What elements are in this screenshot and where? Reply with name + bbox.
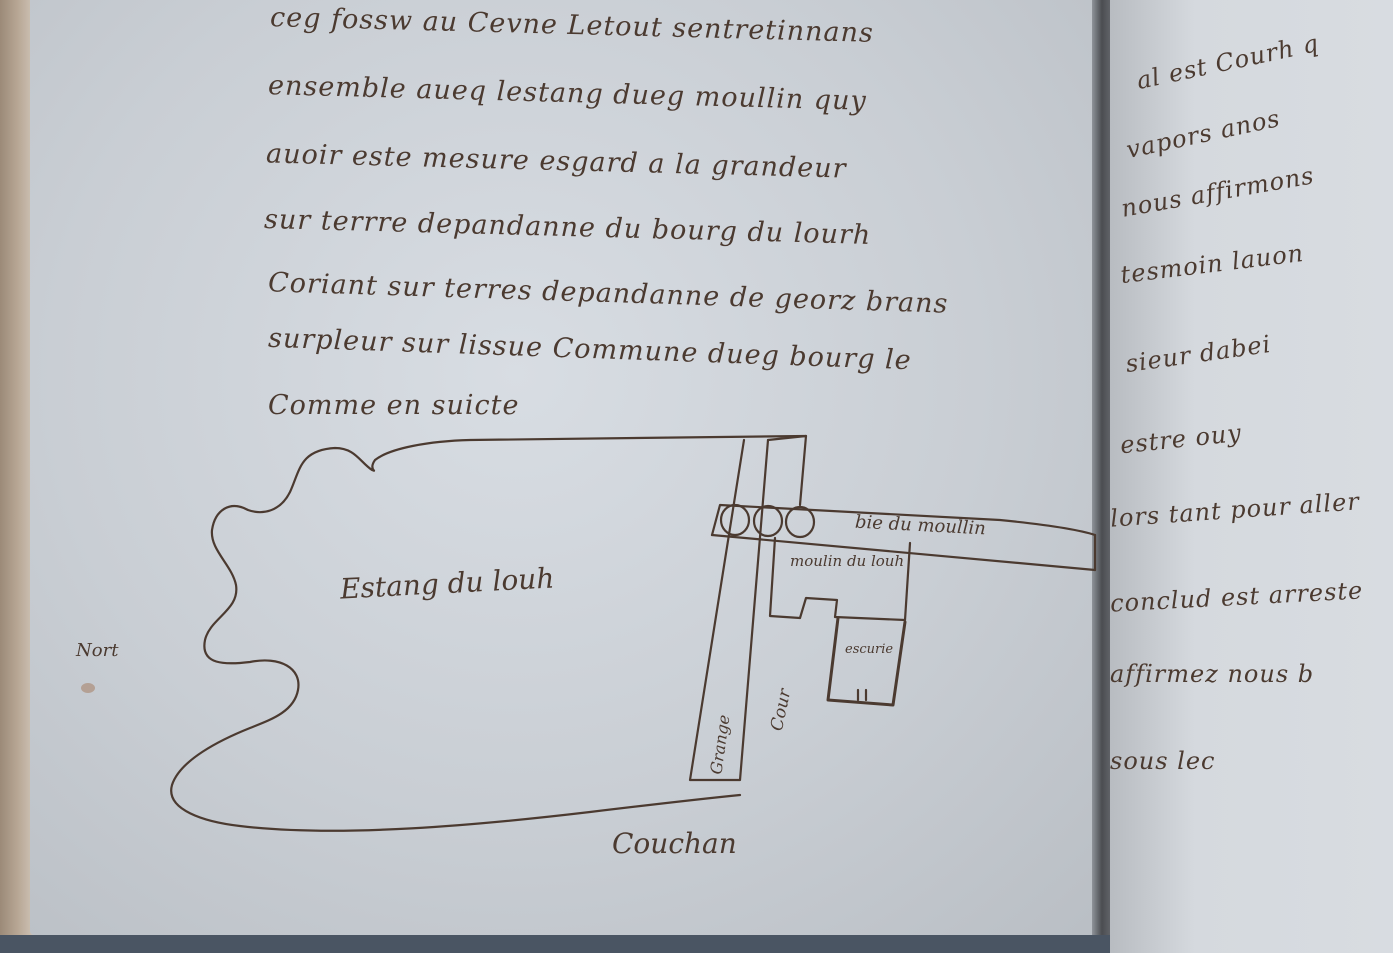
mill-wheel-1 [721,505,749,535]
compass-south-label: Couchan [612,827,737,860]
mill-label: moulin du louh [790,552,904,570]
stable-label: escurie [845,642,893,657]
mill-wheel-3 [786,507,814,537]
right-text-line-9: affirmez nous b [1110,660,1314,688]
compass-west-label: Nort [76,640,118,661]
mill-wheel-2 [754,506,782,536]
foxing-stain [81,683,95,693]
right-text-line-10: sous lec [1110,747,1216,775]
